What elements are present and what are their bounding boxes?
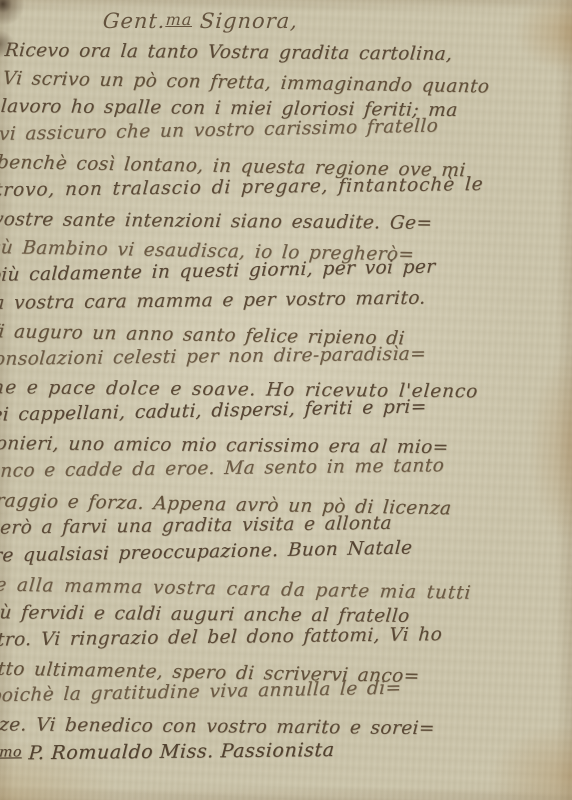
letter-line: fianco e cadde da eroe. Ma sento in me t… — [0, 452, 536, 487]
letter-line: vostre sante intenzioni siano esaudite. … — [0, 206, 554, 239]
letter-line: la vostra cara mamma e per vostro marito… — [0, 283, 548, 318]
letter-salutation: Gent.ma Signora, — [6, 4, 568, 37]
letter-body: Gent.ma Signora, Ricevo ora la tanto Vos… — [0, 4, 568, 768]
letter-signature: Dev.mo P. Romualdo Miss. Passionista — [0, 733, 517, 768]
signature-abbreviation: mo — [0, 745, 22, 761]
salutation-prefix: Gent. — [102, 9, 167, 33]
salutation-abbreviation: ma — [165, 10, 193, 29]
letter-line: Ricevo ora la tanto Vostra gradita carto… — [4, 37, 566, 70]
letter-paper: Gent.ma Signora, Ricevo ora la tanto Vos… — [0, 0, 572, 800]
letter-line: Vostro. Vi ringrazio del bel dono fattom… — [0, 620, 525, 655]
letter-line: trovo, non tralascio di pregare, fintant… — [0, 171, 556, 206]
signature-rest: P. Romualdo Miss. Passionista — [21, 739, 335, 764]
letter-line: consolazioni celesti per non dire-paradi… — [0, 339, 544, 374]
salutation-rest: Signora, — [192, 9, 299, 33]
